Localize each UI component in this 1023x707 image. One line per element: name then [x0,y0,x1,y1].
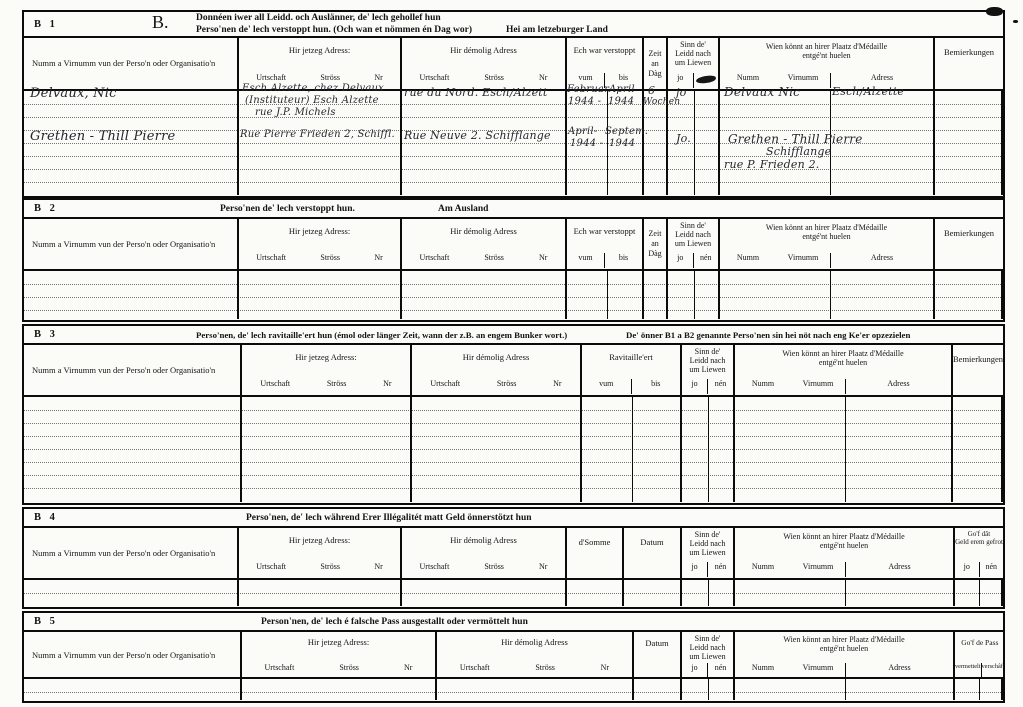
numm-label: Numm [720,73,776,83]
col-zeit-header: ZeitanDàg [644,219,668,269]
bis-label: bis [604,73,642,88]
body-cell [437,679,634,700]
body-cell [567,91,644,195]
body-cell [402,580,567,606]
col-gof-geld-header: Go'f dâtGeld erem gefrot jonén [955,528,1003,578]
col-jetzeg-header: Hir jetzeg Adress: UrtschaftStrössNr [239,38,402,89]
col-verstoppt-header: Ech war verstoppt vumbis [567,219,644,269]
col-medaille-header: Wien könnt an hirer Plaatz d'Médailleent… [720,38,935,89]
body-cell [242,397,412,502]
body-cell [412,397,582,502]
body-cell [668,91,720,195]
section-b5: B 5 Person'nen, de' lech é falsche Pass … [22,611,1005,703]
body-cell [955,580,1003,606]
section-b3-subtitle: De' önner B1 a B2 genannte Perso'nen sin… [626,330,910,340]
scan-speck [986,7,1003,16]
section-b2-header: Numm a Virnumm vun der Perso'n oder Orga… [24,219,1003,271]
section-id: B 4 [34,512,58,523]
col-medaille-header: Wien könnt an hirer Plaatz d'Médailleent… [735,528,955,578]
section-b2-body [24,271,1003,319]
body-cell [239,580,402,606]
body-cell [24,679,242,700]
scan-speck [1013,20,1018,23]
section-b2-titlebar: B 2 Perso'nen de' lech verstoppt hun. Am… [24,200,1003,219]
section-b4-titlebar: B 4 Perso'nen, de' lech während Erer Ill… [24,509,1003,528]
section-b2-title: Perso'nen de' lech verstoppt hun. [220,204,355,214]
section-b3: B 3 Perso'nen, de' lech ravitaille'ert h… [22,324,1005,505]
section-b1-title: Donnéen iwer all Leidd. och Auslänner, d… [196,13,608,36]
jo-label: jo [668,73,693,83]
section-b1-header: Numm a Virnumm vun der Perso'n oder Orga… [24,38,1003,91]
section-id: B 1 [34,19,58,30]
col-bemierkungen-header: Bemierkungen [935,38,1003,89]
body-cell [242,679,437,700]
section-b5-title: Person'nen, de' lech é falsche Pass ausg… [261,617,528,627]
col-name-header: Numm a Virnumm vun der Perso'n oder Orga… [24,528,239,578]
section-b3-titlebar: B 3 Perso'nen, de' lech ravitaille'ert h… [24,326,1003,345]
section-b2-subtitle: Am Ausland [438,204,488,214]
col-liewen-header: Sinn de'Leidd nachum Liewen jonén [682,528,735,578]
title-right: Hei am letzeburger Land [506,25,608,35]
body-cell [735,679,955,700]
col-jetzeg-header: Hir jetzeg Adress: UrtschaftStrössNr [242,632,437,679]
vum-label: vum [567,73,604,83]
body-cell [735,397,953,502]
col-name-header: Numm a Virnumm vun der Perso'n oder Orga… [24,345,242,395]
section-b5-body [24,679,1003,700]
body-cell [624,580,682,606]
body-cell [682,679,735,700]
section-b1-body [24,91,1003,195]
form-letter: B. [152,12,169,33]
adress-label: Adress [830,73,933,88]
body-cell [644,271,668,319]
col-gof-pass-header: Go'f de Pass vermetteltverschâft [955,632,1005,679]
section-b5-header: Numm a Virnumm vun der Perso'n oder Orga… [24,632,1003,679]
section-b4-title: Perso'nen, de' lech während Erer Illégal… [246,513,532,523]
col-jetzeg-header: Hir jetzeg Adress: UrtschaftStrössNr [242,345,412,395]
col-name-header: Numm a Virnumm vun der Perso'n oder Orga… [24,632,242,679]
body-cell [720,91,935,195]
body-cell [24,91,239,195]
body-cell [668,271,720,319]
col-jetzeg-header: Hir jetzeg Adress: UrtschaftStrössNr [239,528,402,578]
title-line1: Donnéen iwer all Leidd. och Auslänner, d… [196,13,608,25]
col-datum-header: Datum [634,632,682,679]
body-cell [644,91,668,195]
section-id: B 5 [34,616,58,627]
nr-label: Nr [374,73,382,83]
col-demolig-header: Hir démolig Adress UrtschaftStrössNr [402,528,567,578]
body-cell [720,271,935,319]
col-demolig-header: Hir démolig Adress UrtschaftStrössNr [412,345,582,395]
body-cell [239,91,402,195]
col-liewen-header: Sinn de'Leidd nachum Liewen jonén [668,219,720,269]
section-b1: B 1 B. Donnéen iwer all Leidd. och Auslä… [22,10,1005,198]
col-name-header: Numm a Virnumm vun der Perso'n oder Orga… [24,219,239,269]
col-ravitailleert-header: Ravitaille'ert vumbis [582,345,682,395]
section-id: B 2 [34,203,58,214]
body-cell [239,271,402,319]
col-somme-header: d'Somme [567,528,624,578]
body-cell [402,271,567,319]
section-b3-header: Numm a Virnumm vun der Perso'n oder Orga… [24,345,1003,397]
body-cell [24,580,239,606]
col-datum-header: Datum [624,528,682,578]
col-demolig-header: Hir démolig Adress UrtschaftStrössNr [402,38,567,89]
ink-blot [693,73,719,88]
body-cell [567,271,644,319]
body-cell [735,580,955,606]
section-id: B 3 [34,329,58,340]
col-name-header: Numm a Virnumm vun der Perso'n oder Orga… [24,38,239,89]
col-liewen-header: Sinn de'Leidd nachum Liewen jo [668,38,720,89]
section-b2: B 2 Perso'nen de' lech verstoppt hun. Am… [22,198,1005,322]
body-cell [582,397,682,502]
col-bemierkungen-header: Bemierkungen [953,345,1003,395]
body-cell [634,679,682,700]
body-cell [567,580,624,606]
urtschaft-label: Urtschaft [256,73,286,83]
section-b1-titlebar: B 1 B. Donnéen iwer all Leidd. och Auslä… [24,12,1003,38]
section-b3-title: Perso'nen, de' lech ravitaille'ert hun (… [196,330,567,340]
col-verstoppt-header: Ech war verstoppt vumbis [567,38,644,89]
col-medaille-header: Wien könnt an hirer Plaatz d'Médailleent… [735,632,955,679]
body-cell [682,397,735,502]
col-liewen-header: Sinn de'Leidd nachum Liewen jonén [682,632,735,679]
col-liewen-header: Sinn de'Leidd nachum Liewen jonén [682,345,735,395]
body-cell [953,397,1003,502]
col-zeit-header: ZeitanDàg [644,38,668,89]
body-cell [24,271,239,319]
virnumm-label: Virnumm [776,73,830,83]
body-cell [935,271,1003,319]
col-demolig-header: Hir démolig Adress UrtschaftStrössNr [402,219,567,269]
section-b4-header: Numm a Virnumm vun der Perso'n oder Orga… [24,528,1003,580]
col-jetzeg-header: Hir jetzeg Adress: UrtschaftStrössNr [239,219,402,269]
col-demolig-header: Hir démolig Adress UrtschaftStrössNr [437,632,634,679]
col-bemierkungen-header: Bemierkungen [935,219,1003,269]
scanned-form-page: B 1 B. Donnéen iwer all Leidd. och Auslä… [0,0,1023,707]
stross-label: Ströss [320,73,340,83]
section-b3-body [24,397,1003,502]
body-cell [682,580,735,606]
body-cell [24,397,242,502]
body-cell [955,679,1003,700]
section-b4-body [24,580,1003,606]
body-cell [402,91,567,195]
section-b5-titlebar: B 5 Person'nen, de' lech é falsche Pass … [24,613,1003,632]
body-cell [935,91,1003,195]
section-b4: B 4 Perso'nen, de' lech während Erer Ill… [22,507,1005,609]
col-medaille-header: Wien könnt an hirer Plaatz d'Médailleent… [720,219,935,269]
title-line2: Perso'nen de' lech verstoppt hun. (Och w… [196,25,608,37]
col-medaille-header: Wien könnt an hirer Plaatz d'Médailleent… [735,345,953,395]
